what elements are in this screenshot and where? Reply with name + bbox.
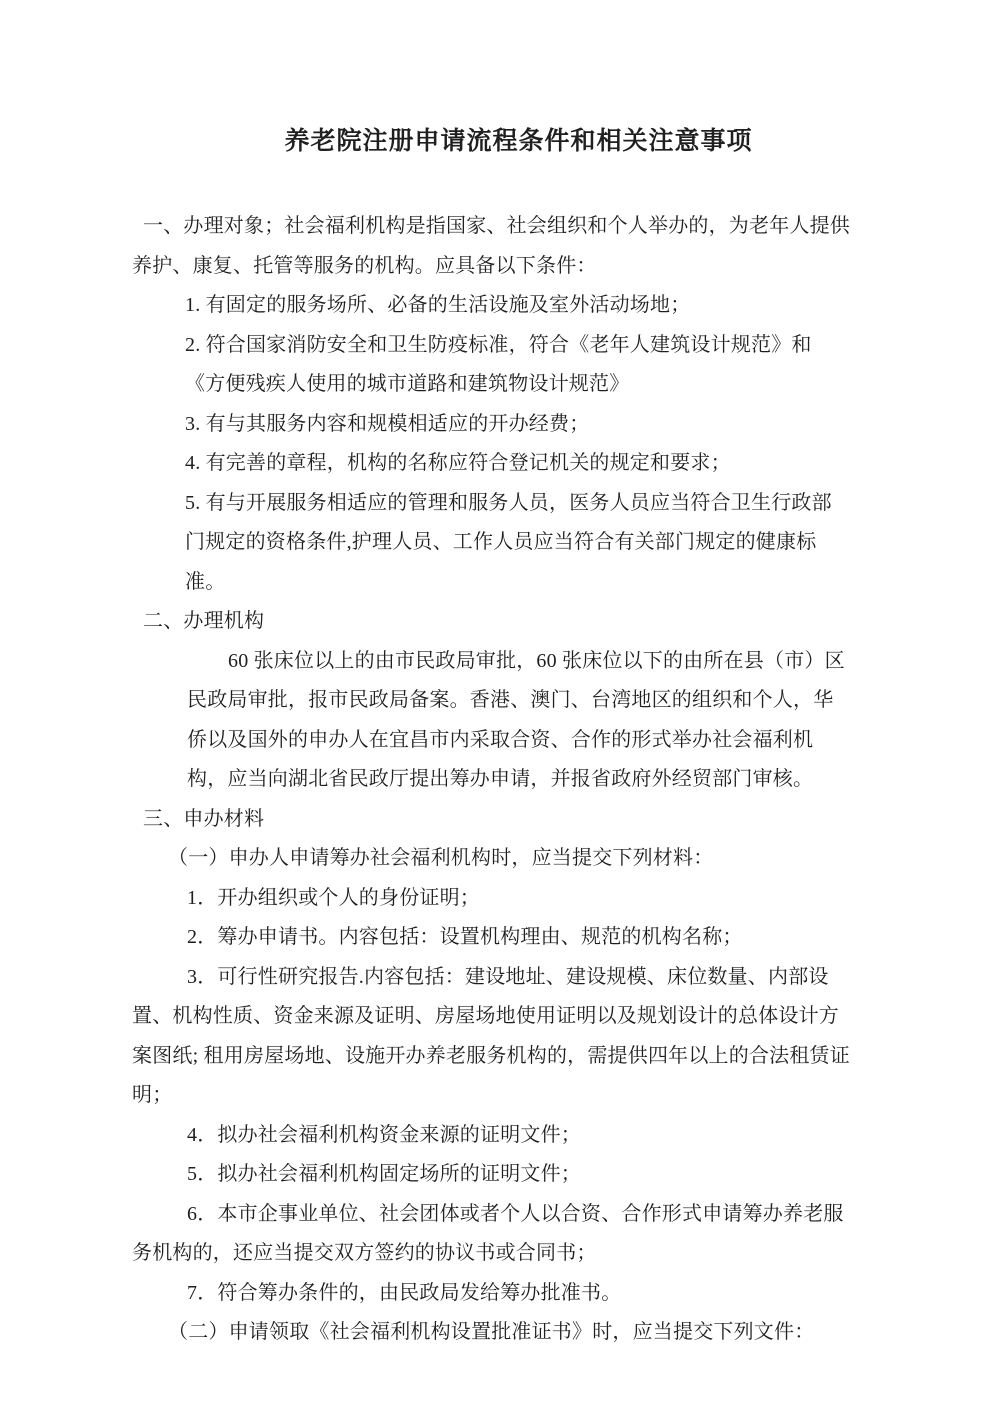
heading-section2: 二、办理机构: [143, 602, 850, 642]
paragraph-section3-material2: 2．筹办申请书。内容包括：设置机构理由、规范的机构名称；: [187, 918, 850, 958]
paragraph-section1-intro: 一、办理对象；社会福利机构是指国家、社会组织和个人举办的，为老年人提供养护、康复…: [132, 207, 850, 286]
paragraph-section3-material5: 5．拟办社会福利机构固定场所的证明文件；: [187, 1155, 850, 1195]
paragraph-section3-material6: 6．本市企事业单位、社会团体或者个人以合资、合作形式申请筹办养老服务机构的，还应…: [132, 1195, 850, 1274]
paragraph-section2-body: 60 张床位以上的由市民政局审批，60 张床位以下的由所在县（市）区民政局审批，…: [187, 642, 850, 800]
paragraph-section3-sub1: （一）申办人申请筹办社会福利机构时，应当提交下列材料：: [168, 839, 850, 879]
paragraph-section1-item4: 4. 有完善的章程，机构的名称应符合登记机关的规定和要求；: [185, 444, 850, 484]
paragraph-section3-material1: 1．开办组织或个人的身份证明；: [187, 879, 850, 919]
paragraph-section1-item2: 2. 符合国家消防安全和卫生防疫标准，符合《老年人建筑设计规范》和《方便残疾人使…: [185, 326, 850, 405]
paragraph-section1-item3: 3. 有与其服务内容和规模相适应的开办经费；: [185, 405, 850, 445]
paragraph-section3-sub2: （二）申请领取《社会福利机构设置批准证书》时，应当提交下列文件：: [168, 1313, 850, 1353]
document-title: 养老院注册申请流程条件和相关注意事项: [132, 120, 850, 164]
paragraph-section3-material7: 7．符合筹办条件的，由民政局发给筹办批准书。: [187, 1274, 850, 1314]
document-page: 养老院注册申请流程条件和相关注意事项 一、办理对象；社会福利机构是指国家、社会组…: [0, 0, 992, 1403]
paragraph-section1-item5: 5. 有与开展服务相适应的管理和服务人员，医务人员应当符合卫生行政部门规定的资格…: [185, 484, 850, 603]
paragraph-section1-item1: 1. 有固定的服务场所、必备的生活设施及室外活动场地；: [185, 286, 850, 326]
paragraph-section3-material4: 4．拟办社会福利机构资金来源的证明文件；: [187, 1116, 850, 1156]
paragraph-section3-material3: 3．可行性研究报告.内容包括：建设地址、建设规模、床位数量、内部设置、机构性质、…: [132, 958, 850, 1116]
heading-section3: 三、申办材料: [143, 800, 850, 840]
